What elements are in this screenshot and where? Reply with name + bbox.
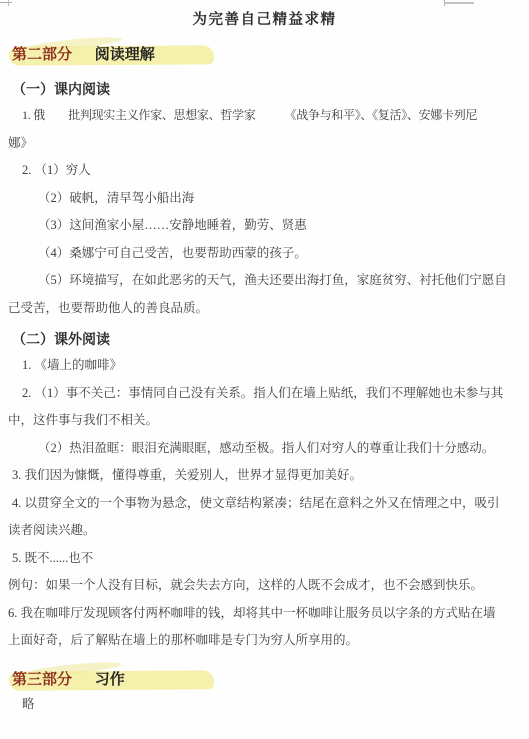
answer-line: 5. 既不......也不: [12, 545, 529, 573]
section2-body: 1. 《墙上的咖啡》 2. （1）事不关己：事情同自己没有关系。指人们在墙上贴纸…: [0, 352, 529, 655]
scan-artifact-top-left-tick: [8, 0, 9, 6]
answer-line: 2. （1）事不关己：事情同自己没有关系。指人们在墙上贴纸，我们不理解她也未参与…: [22, 380, 529, 408]
part2-label: 第二部分: [12, 47, 72, 63]
answer-line: 4. 以贯穿全文的一个事物为悬念，使文章结构紧凑；结尾在意料之外又在情理之中，吸…: [12, 490, 529, 518]
answer-line: 1. 《墙上的咖啡》: [22, 352, 529, 380]
document-page: 为完善自己精益求精 第二部分 阅读理解 （一）课内阅读 1. 俄 批判现实主义作…: [0, 0, 529, 739]
answer-line: 2. （1）穷人: [22, 157, 529, 185]
answer-line: 己受苦，也要帮助他人的善良品质。: [8, 295, 529, 323]
scan-artifact-top-right: [444, 2, 474, 4]
scan-artifact-top-left: [0, 2, 12, 3]
page-title: 为完善自己精益求精: [0, 0, 529, 32]
answer-line: 上面好奇，后了解贴在墙上的那杯咖啡是专门为穷人所享用的。: [8, 627, 529, 655]
part2-heading: 第二部分 阅读理解: [12, 44, 529, 66]
part3-block: 第三部分 习作 略: [0, 669, 529, 719]
section1-heading: （一）课内阅读: [12, 80, 529, 102]
part3-heading: 第三部分 习作: [12, 669, 529, 691]
answer-line: （2）破帆，清早驾小船出海: [38, 185, 529, 213]
answer-line: 3. 我们因为慷慨，懂得尊重，关爱别人，世界才显得更加美好。: [12, 462, 529, 490]
scan-artifact-top-right-tick: [444, 0, 445, 6]
part3-body: 略: [22, 691, 529, 719]
answer-line: 1. 俄 批判现实主义作家、思想家、哲学家 《战争与和平》、《复活》、安娜卡列尼: [22, 102, 529, 130]
part3-title: 习作: [95, 672, 125, 688]
answer-line: 例句：如果一个人没有目标，就会失去方向，这样的人既不会成才，也不会感到快乐。: [8, 572, 529, 600]
answer-line: （4）桑娜宁可自己受苦，也要帮助西蒙的孩子。: [38, 240, 529, 268]
answer-line: 娜》: [8, 130, 529, 158]
section1-body: 1. 俄 批判现实主义作家、思想家、哲学家 《战争与和平》、《复活》、安娜卡列尼…: [0, 102, 529, 322]
answer-line: （2）热泪盈眶：眼泪充满眼眶，感动至极。指人们对穷人的尊重让我们十分感动。: [38, 435, 529, 463]
part3-label: 第三部分: [12, 672, 72, 688]
section2-heading: （二）课外阅读: [12, 330, 529, 352]
answer-line: 读者阅读兴趣。: [8, 517, 529, 545]
answer-line: 6. 我在咖啡厅发现顾客付两杯咖啡的钱，却将其中一杯咖啡让服务员以字条的方式贴在…: [8, 600, 529, 628]
part2-title: 阅读理解: [95, 47, 155, 63]
answer-line: （5）环境描写，在如此恶劣的天气，渔夫还要出海打鱼，家庭贫穷、衬托他们宁愿自: [38, 267, 529, 295]
answer-line: 中，这件事与我们不相关。: [8, 407, 529, 435]
answer-line: （3）这间渔家小屋……安静地睡着，勤劳、贤惠: [38, 212, 529, 240]
